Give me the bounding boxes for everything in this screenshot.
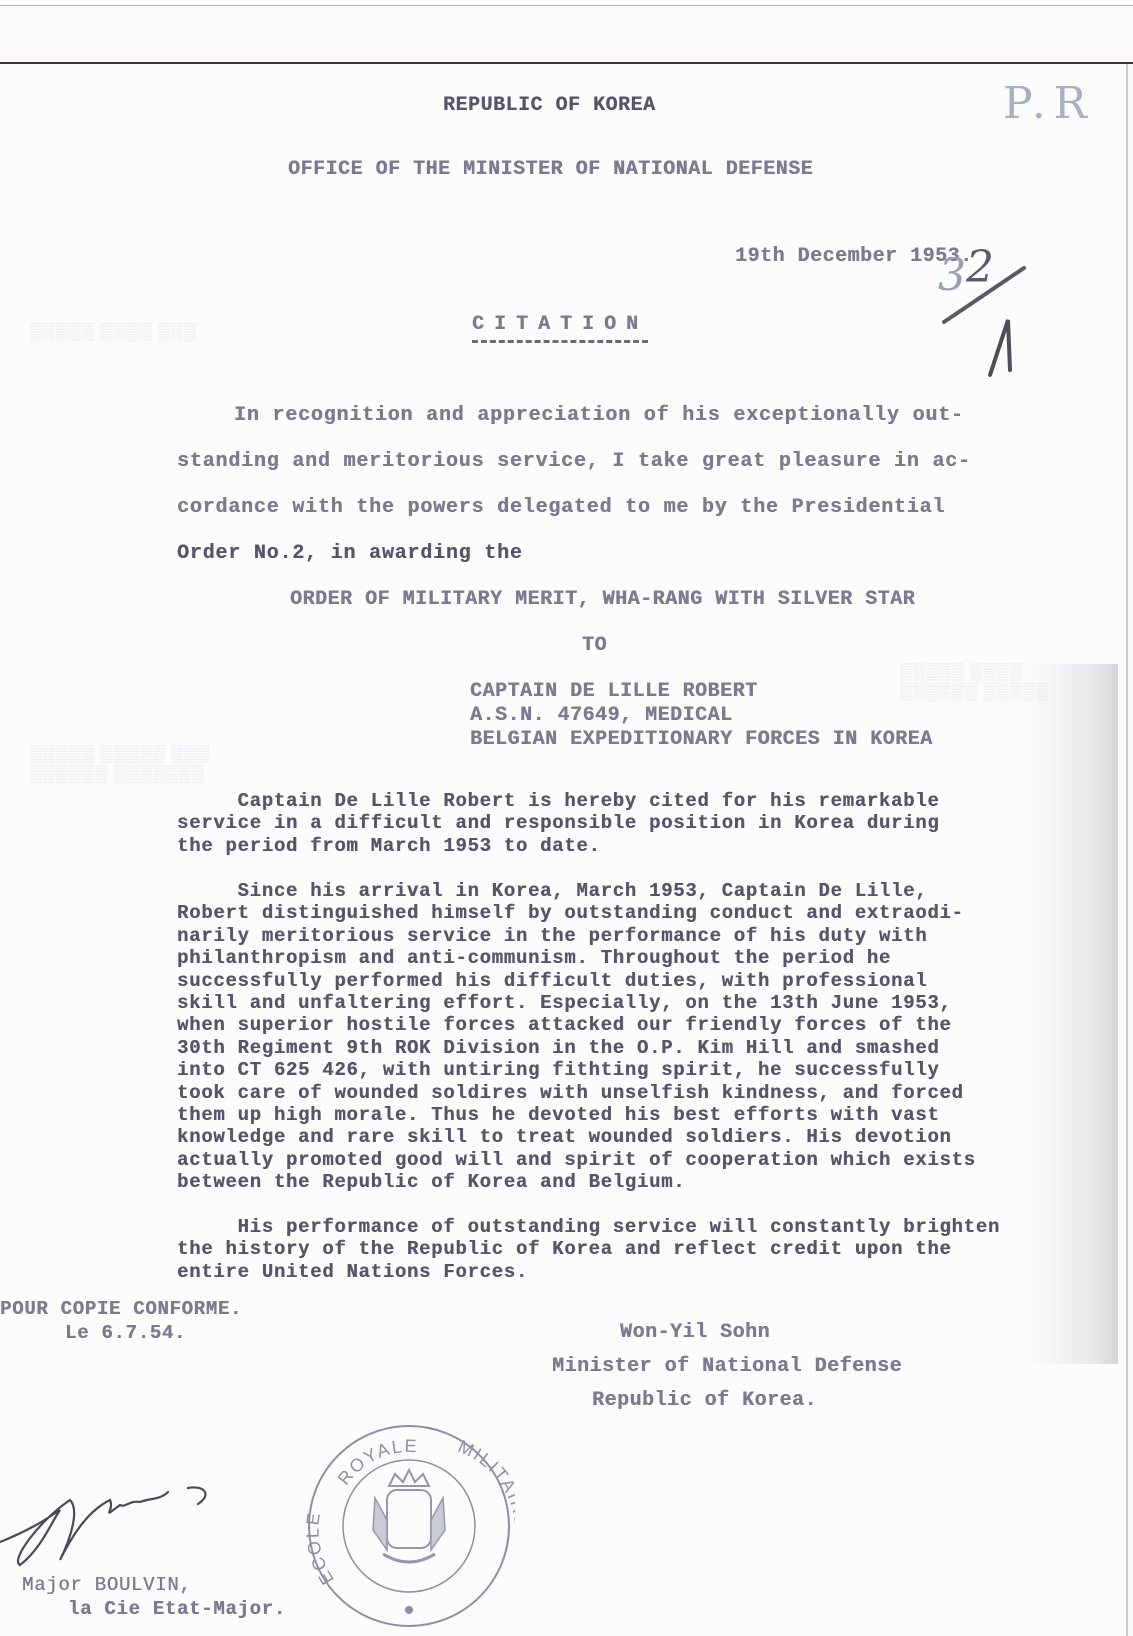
header-country: REPUBLIC OF KOREA — [443, 94, 656, 117]
award-name: ORDER OF MILITARY MERIT, WHA-RANG WITH S… — [290, 588, 915, 611]
minister-country: Republic of Korea. — [592, 1389, 817, 1412]
scan-fold-shadow — [1028, 664, 1118, 1364]
stamp-left-text: ECOLE — [303, 1510, 338, 1588]
bleed-through-text: ▒▒▒▒▒ ▒▒▒▒ ▒▒▒▒▒▒ ▒▒▒▒▒ — [900, 662, 1049, 702]
paragraph-line: took care of wounded soldires with unsel… — [177, 1082, 964, 1104]
paragraph-line: 30th Regiment 9th ROK Division in the O.… — [177, 1037, 939, 1059]
intro-line: cordance with the powers delegated to me… — [177, 496, 945, 519]
certification-label: POUR COPIE CONFORME. — [0, 1298, 242, 1320]
to-label: TO — [582, 634, 607, 657]
svg-text:ROYALE: ROYALE — [334, 1436, 419, 1489]
intro-line: Order No.2, in awarding the — [177, 542, 523, 565]
file-number-second: 2 — [965, 242, 994, 293]
paragraph-line: the period from March 1953 to date. — [177, 835, 601, 857]
ecole-royale-militaire-stamp: ROYALE ECOLE MILITAIRE — [303, 1420, 515, 1632]
handwritten-file-number: 3 2 — [930, 230, 1040, 380]
paragraph-line: actually promoted good will and spirit o… — [177, 1149, 976, 1171]
intro-line: standing and meritorious service, I take… — [177, 450, 971, 473]
paragraph-line: knowledge and rare skill to treat wounde… — [177, 1126, 952, 1148]
stamp-top-text: ROYALE — [334, 1436, 419, 1489]
paragraph-line: Captain De Lille Robert is hereby cited … — [177, 790, 939, 812]
paragraph-line: the history of the Republic of Korea and… — [177, 1238, 952, 1260]
bleed-through-text: ▒▒▒▒▒ ▒▒▒▒▒ ▒▒▒ ▒▒▒▒▒▒ ▒▒▒▒▒▒▒ — [30, 744, 210, 784]
svg-text:MILITAIRE: MILITAIRE — [455, 1436, 515, 1530]
paragraph-line: entire United Nations Forces. — [177, 1261, 528, 1283]
intro-line: In recognition and appreciation of his e… — [234, 404, 964, 427]
handwritten-signature — [0, 1480, 220, 1570]
certifier-name: Major BOULVIN, — [22, 1574, 191, 1596]
paragraph-line: skill and unfaltering effort. Especially… — [177, 992, 952, 1014]
paragraph-line: service in a difficult and responsible p… — [177, 812, 939, 834]
paragraph-line: Robert distinguished himself by outstand… — [177, 902, 964, 924]
recipient-name: CAPTAIN DE LILLE ROBERT — [470, 680, 758, 704]
paragraph-line: Since his arrival in Korea, March 1953, … — [177, 880, 927, 902]
file-number-top: 3 — [938, 250, 966, 301]
paragraph-line: successfully performed his difficult dut… — [177, 970, 927, 992]
handwritten-initials: P.R — [1003, 78, 1095, 129]
certification-date: Le 6.7.54. — [65, 1322, 186, 1344]
paragraph-line: narily meritorious service in the perfor… — [177, 925, 927, 947]
recipient-service-number: A.S.N. 47649, MEDICAL — [470, 704, 733, 728]
scan-top-margin — [0, 0, 1133, 64]
recipient-unit: BELGIAN EXPEDITIONARY FORCES IN KOREA — [470, 728, 933, 752]
scan-edge-line — [0, 5, 1133, 6]
coat-of-arms-icon — [373, 1470, 445, 1562]
paragraph-line: between the Republic of Korea and Belgiu… — [177, 1171, 685, 1193]
paragraph-line: when superior hostile forces attacked ou… — [177, 1014, 952, 1036]
stamp-right-text: MILITAIRE — [455, 1436, 515, 1530]
minister-title: Minister of National Defense — [552, 1355, 902, 1378]
paragraph-line: them up high morale. Thus he devoted his… — [177, 1104, 939, 1126]
header-office: OFFICE OF THE MINISTER OF NATIONAL DEFEN… — [288, 158, 813, 181]
certifier-unit: la Cie Etat-Major. — [68, 1598, 286, 1620]
paragraph-line: His performance of outstanding service w… — [177, 1216, 1000, 1238]
minister-name: Won-Yil Sohn — [620, 1321, 770, 1344]
paragraph-line: philanthropism and anti-communism. Throu… — [177, 947, 891, 969]
paragraph-line: into CT 625 426, with untiring fithting … — [177, 1059, 939, 1081]
bleed-through-text: ▒▒▒▒▒ ▒▒▒▒ ▒▒▒ — [30, 322, 197, 342]
svg-text:ECOLE: ECOLE — [303, 1510, 338, 1588]
citation-title: CITATION — [472, 313, 648, 343]
